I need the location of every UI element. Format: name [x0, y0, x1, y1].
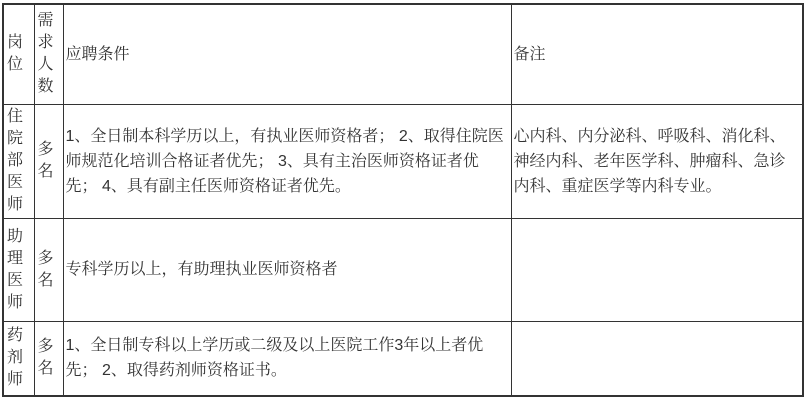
cell-conditions: 1、全日制专科以上学历或二级及以上医院工作3年以上者优先； 2、取得药剂师资格证…	[63, 321, 511, 396]
table-header-row: 岗位 需求人数 应聘条件 备注	[3, 4, 803, 104]
cell-position: 住院部医师	[3, 104, 34, 218]
header-remarks: 备注	[511, 4, 803, 104]
table-row: 住院部医师 多名 1、全日制本科学历以上，有执业医师资格者； 2、取得住院医师规…	[3, 104, 803, 218]
cell-count: 多名	[34, 104, 63, 218]
cell-conditions: 1、全日制本科学历以上，有执业医师资格者； 2、取得住院医师规范化培训合格证者优…	[63, 104, 511, 218]
cell-remarks	[511, 321, 803, 396]
cell-position: 药剂师	[3, 321, 34, 396]
cell-count: 多名	[34, 321, 63, 396]
cell-remarks: 心内科、内分泌科、呼吸科、消化科、神经内科、老年医学科、肿瘤科、急诊内科、重症医…	[511, 104, 803, 218]
cell-remarks	[511, 218, 803, 321]
header-count: 需求人数	[34, 4, 63, 104]
header-position: 岗位	[3, 4, 34, 104]
header-conditions: 应聘条件	[63, 4, 511, 104]
cell-count: 多名	[34, 218, 63, 321]
table-row: 助理医师 多名 专科学历以上，有助理执业医师资格者	[3, 218, 803, 321]
cell-conditions: 专科学历以上，有助理执业医师资格者	[63, 218, 511, 321]
recruitment-table: 岗位 需求人数 应聘条件 备注 住院部医师 多名 1、全日制本科学历以上，有执业…	[2, 3, 804, 397]
table-row: 药剂师 多名 1、全日制专科以上学历或二级及以上医院工作3年以上者优先； 2、取…	[3, 321, 803, 396]
cell-position: 助理医师	[3, 218, 34, 321]
